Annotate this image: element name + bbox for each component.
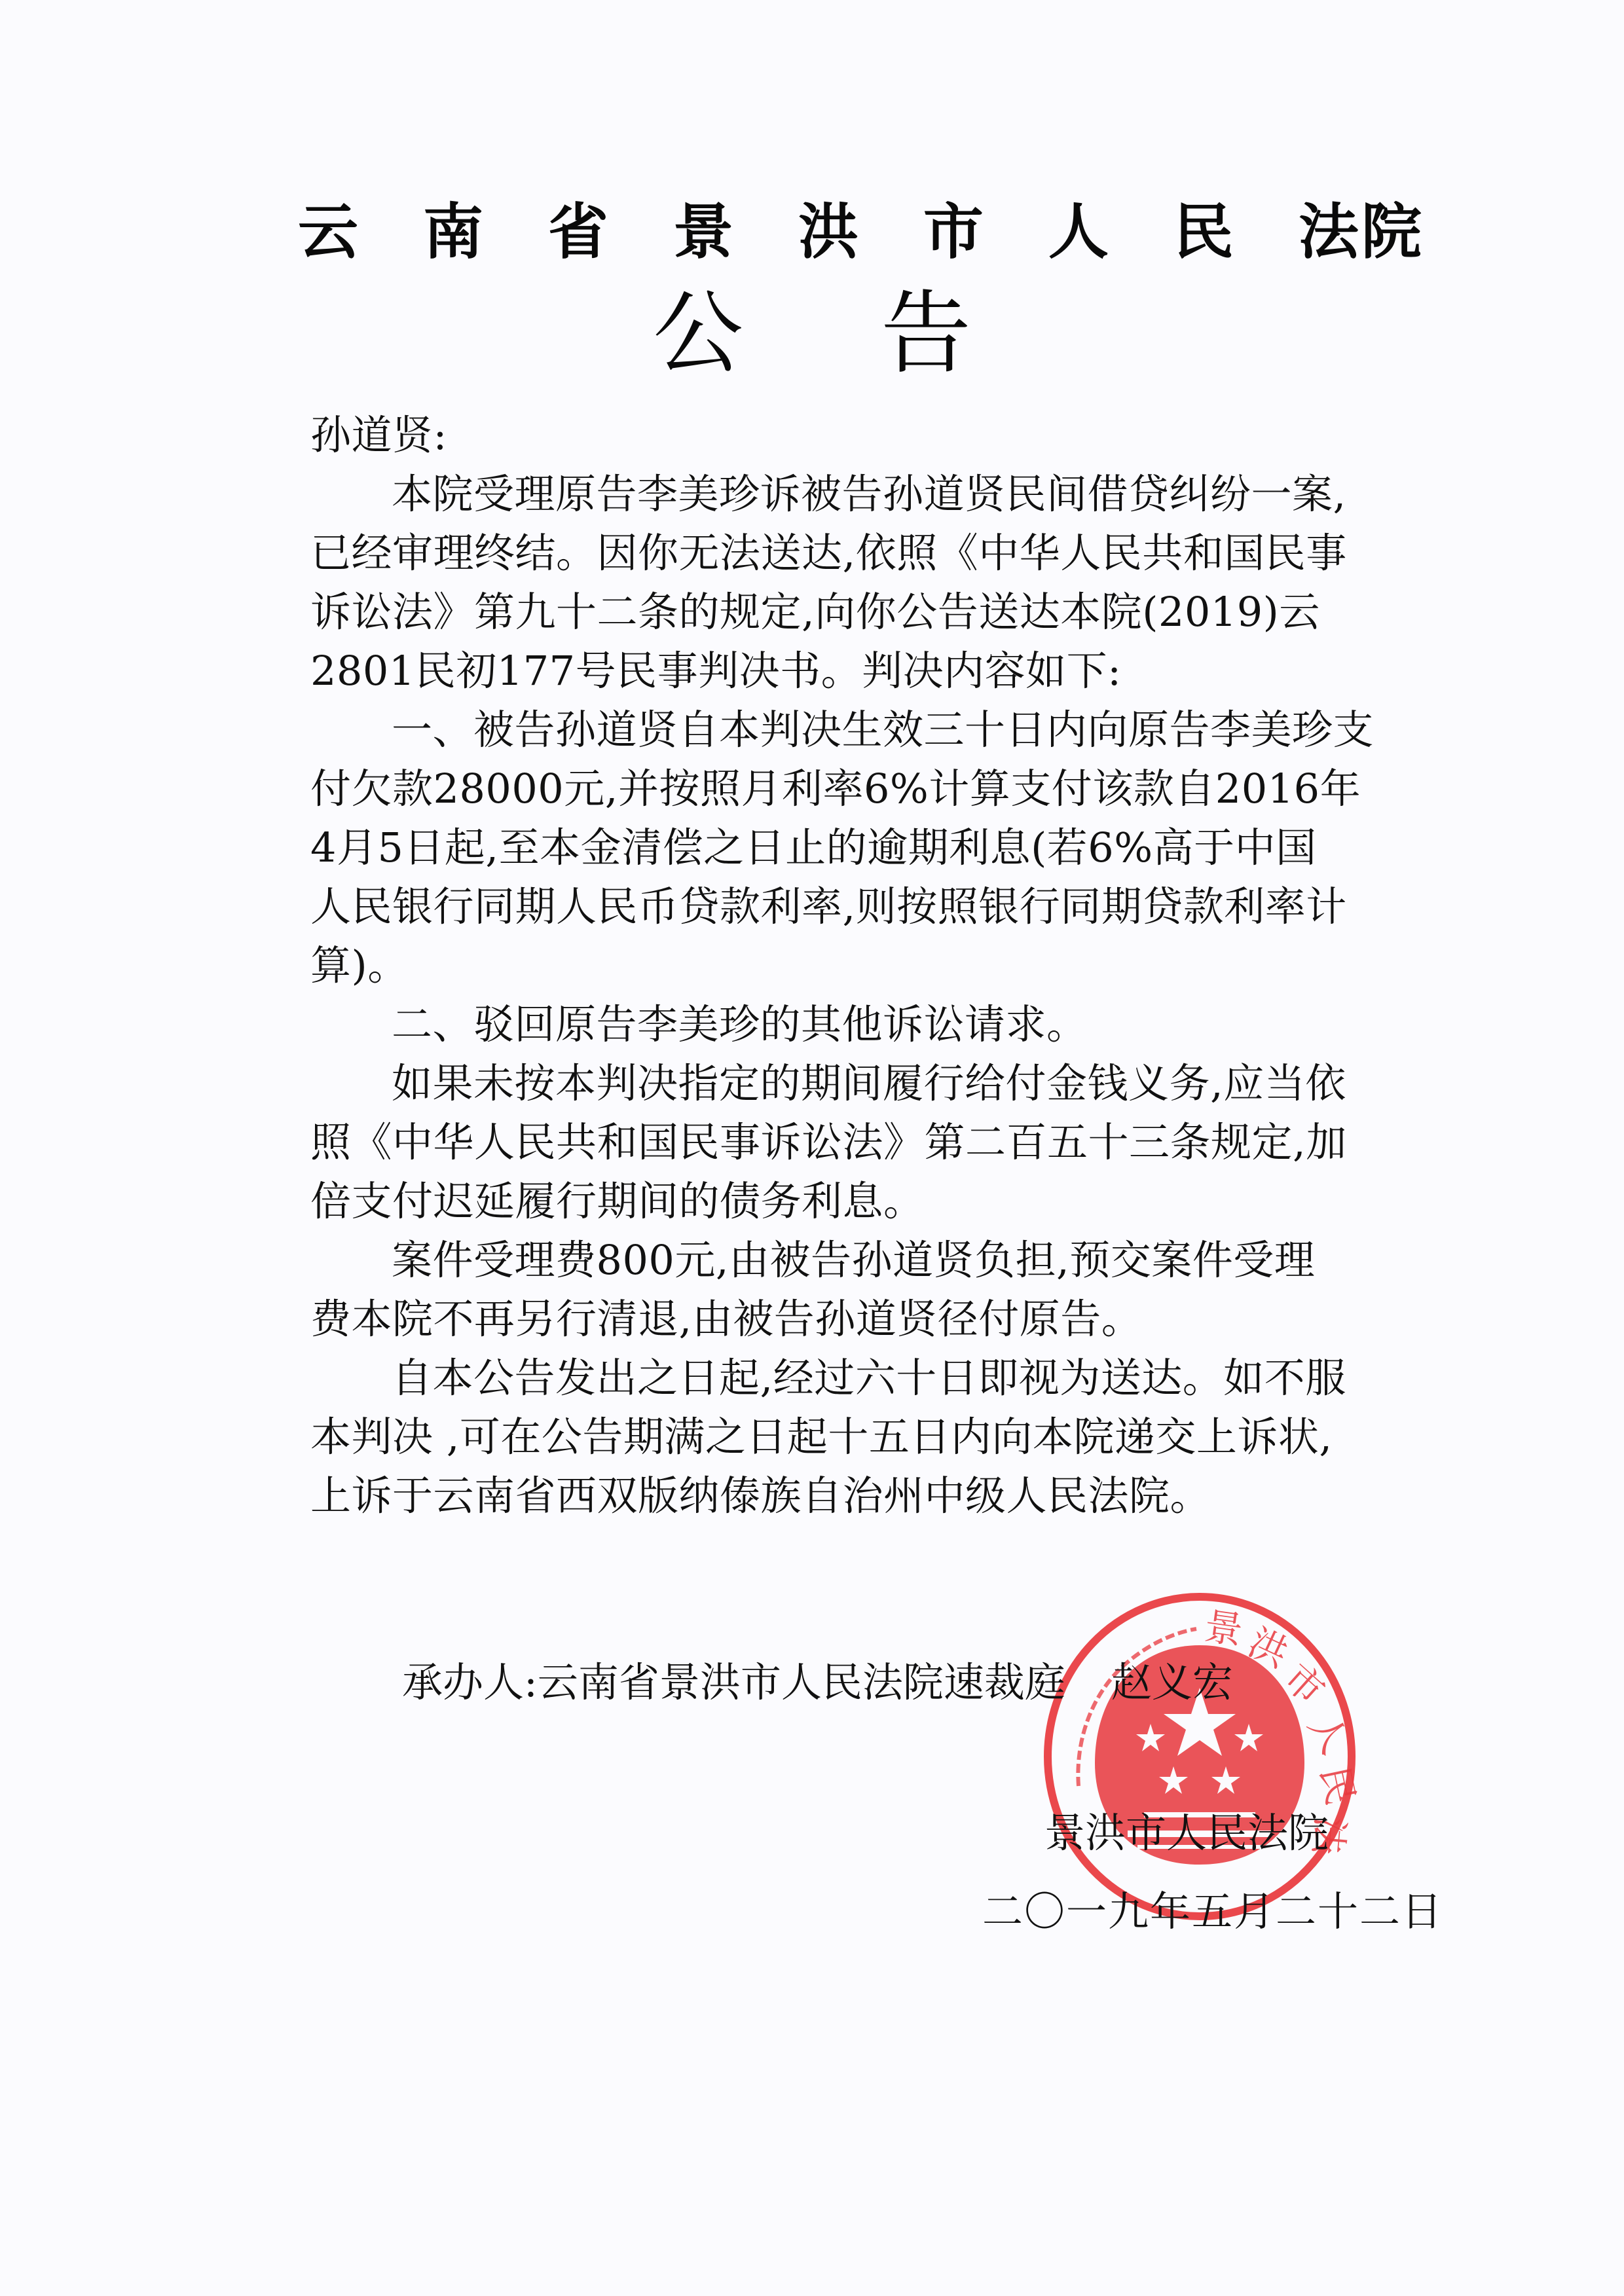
body-line: 照《中华人民共和国民事诉讼法》第二百五十三条规定,加 (310, 1113, 1450, 1172)
handler-dept: 云南省景洪市人民法院速裁庭 (538, 1658, 1065, 1706)
heading-char: 省 (548, 196, 608, 268)
body-line: 算)。 (310, 936, 1450, 995)
svg-text:民: 民 (1312, 1762, 1360, 1809)
court-seal-icon: 景 洪 市 人 民 法 (1039, 1590, 1360, 1923)
handler-name: 赵义宏 (1111, 1658, 1233, 1706)
notice-body: 孙道贤: 本院受理原告李美珍诉被告孙道贤民间借贷纠纷一案, 已经审理终结。因你无… (310, 406, 1450, 1525)
body-line: 上诉于云南省西双版纳傣族自治州中级人民法院。 (310, 1467, 1450, 1525)
heading-char: 告 (881, 282, 971, 386)
body-line: 二、驳回原告李美珍的其他诉讼请求。 (310, 995, 1450, 1054)
handler-line: 承办人:云南省景洪市人民法院速裁庭赵义宏 (402, 1656, 1233, 1709)
body-line: 案件受理费800元,由被告孙道贤负担,预交案件受理 (310, 1231, 1450, 1290)
heading-char: 法院 (1299, 196, 1424, 268)
heading-char: 景 (673, 196, 733, 268)
body-line: 本判决 ,可在公告期满之日起十五日内向本院递交上诉状, (310, 1408, 1450, 1467)
body-line: 本院受理原告李美珍诉被告孙道贤民间借贷纠纷一案, (310, 465, 1450, 524)
body-line: 自本公告发出之日起,经过六十日即视为送达。如不服 (310, 1349, 1450, 1408)
addressee: 孙道贤: (310, 406, 1450, 465)
document-type-heading: 公告 (0, 282, 1624, 386)
handler-label: 承办人: (402, 1658, 538, 1706)
svg-text:景: 景 (1202, 1604, 1246, 1653)
heading-char: 民 (1173, 196, 1234, 268)
heading-char: 南 (423, 196, 483, 268)
heading-char: 市 (923, 196, 984, 268)
body-line: 诉讼法》第九十二条的规定,向你公告送达本院(2019)云 (310, 583, 1450, 642)
heading-char: 洪 (798, 196, 858, 268)
body-line: 一、被告孙道贤自本判决生效三十日内向原告李美珍支 (310, 701, 1450, 759)
heading-char: 人 (1048, 196, 1109, 268)
body-line: 付欠款28000元,并按照月利率6%计算支付该款自2016年 (310, 759, 1450, 818)
body-line: 4月5日起,至本金清偿之日止的逾期利息(若6%高于中国 (310, 818, 1450, 877)
body-line: 费本院不再另行清退,由被告孙道贤径付原告。 (310, 1290, 1450, 1349)
issue-date: 二〇一九年五月二十二日 (982, 1886, 1443, 1938)
heading-char: 云 (298, 196, 358, 268)
body-line: 如果未按本判决指定的期间履行给付金钱义务,应当依 (310, 1054, 1450, 1113)
body-line: 人民银行同期人民币贷款利率,则按照银行同期贷款利率计 (310, 877, 1450, 936)
court-name-heading: 云 南 省 景 洪 市 人 民 法院 (298, 196, 1424, 268)
heading-char: 公 (653, 282, 743, 386)
body-line: 已经审理终结。因你无法送达,依照《中华人民共和国民事 (310, 524, 1450, 583)
body-line: 2801民初177号民事判决书。判决内容如下: (310, 642, 1450, 701)
issuing-court: 景洪市人民法院 (1044, 1807, 1329, 1859)
body-line: 倍支付迟延履行期间的债务利息。 (310, 1172, 1450, 1231)
